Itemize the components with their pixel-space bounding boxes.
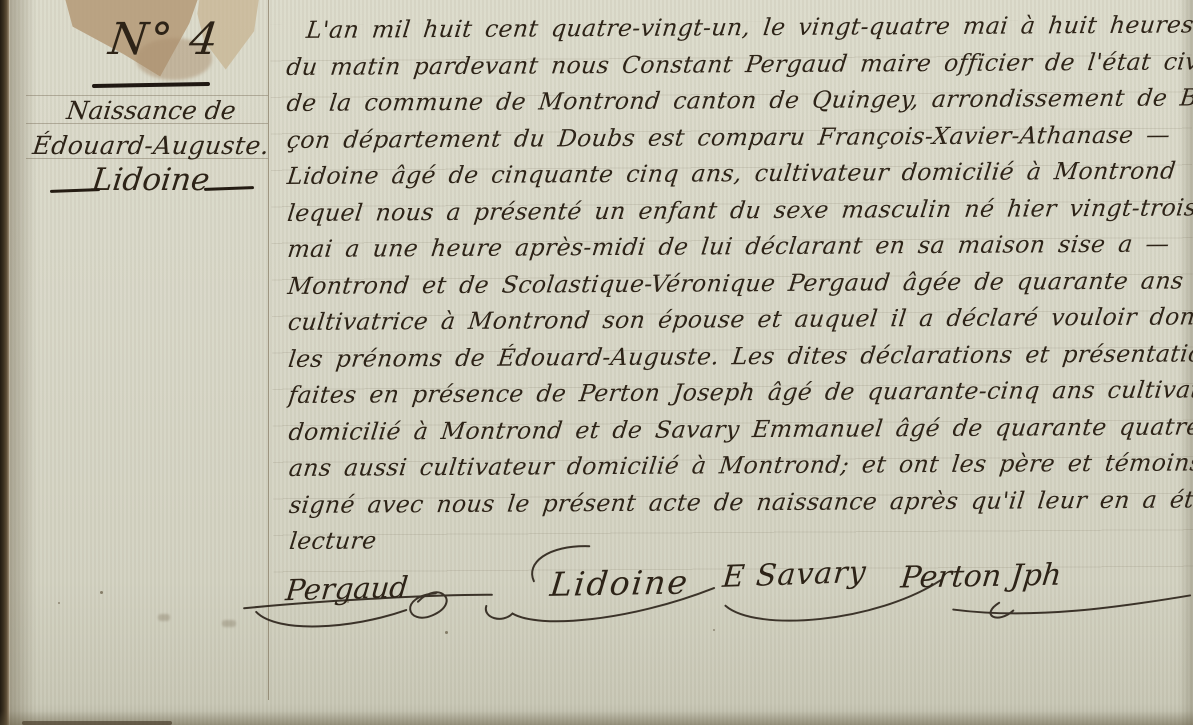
act-text-line: L'an mil huit cent quatre-vingt-un, le v… — [284, 6, 1193, 48]
page-edge-shadow — [0, 711, 1193, 725]
page-edge-shadow — [22, 721, 172, 725]
act-text-line: Montrond et de Scolastique-Véronique Per… — [286, 262, 1193, 304]
margin-title-text: Lidoine — [90, 162, 212, 198]
margin-title-line: Lidoine — [30, 162, 268, 198]
act-text-line: faites en présence de Perton Joseph âgé … — [286, 371, 1193, 413]
signature-perton: Perton Jph — [892, 549, 1193, 634]
act-text-line: de la commune de Montrond canton de Quin… — [284, 79, 1193, 121]
ink-speck — [445, 631, 448, 634]
margin-title-text: Naissance de — [65, 96, 238, 125]
act-text-line: du matin pardevant nous Constant Pergaud… — [284, 43, 1193, 85]
act-text-line: domicilié à Montrond et de Savary Emmanu… — [286, 408, 1193, 450]
act-number-underline — [92, 82, 210, 88]
act-text-line: les prénoms de Édouard-Auguste. Les dite… — [286, 335, 1193, 377]
act-text-line: Lidoine âgé de cinquante cinq ans, culti… — [285, 152, 1193, 194]
signature-pergaud: Pergaud — [239, 562, 501, 644]
act-text-line: çon département du Doubs est comparu Fra… — [285, 116, 1193, 158]
act-text-line: ans aussi cultivateur domicilié à Montro… — [287, 444, 1193, 486]
ink-bleedthrough — [158, 614, 170, 621]
binding-edge — [0, 0, 10, 725]
act-number: N° 4 — [96, 14, 226, 65]
signature-name: Lidoine — [548, 562, 691, 604]
act-text-line: mai a une heure après-midi de lui déclar… — [285, 225, 1193, 267]
act-text-line: signé avec nous le présent acte de naiss… — [287, 481, 1193, 523]
ink-speck — [347, 601, 349, 603]
ink-speck — [100, 591, 103, 594]
signature-lidoine: Lidoine — [477, 538, 724, 637]
act-text-line: lequel nous a présenté un enfant du sexe… — [285, 189, 1193, 231]
ink-speck — [713, 629, 715, 631]
signature-name: E Savary — [721, 555, 868, 595]
act-body-text: L'an mil huit cent quatre-vingt-un, le v… — [284, 6, 1193, 587]
margin-title-line: Naissance de — [30, 96, 268, 125]
signature-name: Perton Jph — [899, 558, 1063, 596]
act-number-text: N° 4 — [106, 14, 223, 65]
margin-title-line: Édouard-Auguste. — [30, 131, 268, 160]
ink-speck — [58, 602, 60, 604]
register-page-scan: N° 4 Naissance de Édouard-Auguste. Lidoi… — [0, 0, 1193, 725]
ink-bleedthrough — [222, 620, 236, 627]
margin-title-text: Édouard-Auguste. — [31, 131, 271, 160]
act-text-line: cultivatrice à Montrond son épouse et au… — [286, 298, 1193, 340]
